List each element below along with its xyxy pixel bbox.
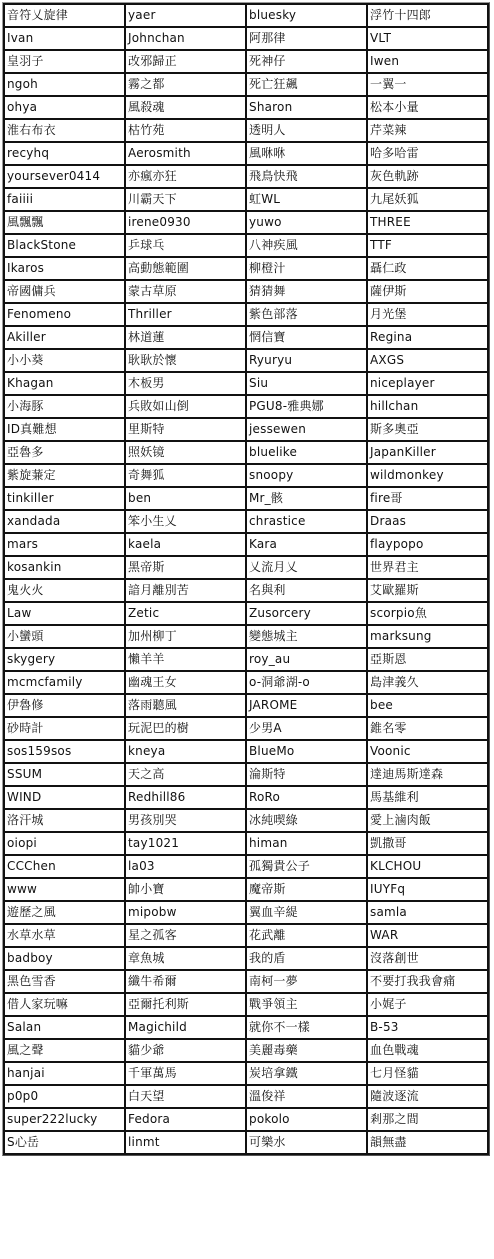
table-row: 音符乂旋律yaerbluesky浮竹十四郎 bbox=[4, 4, 488, 27]
table-cell: ben bbox=[125, 487, 246, 510]
table-row: 帝國傭兵蒙古草原猜猜舞薩伊斯 bbox=[4, 280, 488, 303]
table-cell: 落雨聽風 bbox=[125, 694, 246, 717]
table-row: 淮右布衣枯竹苑透明人芹菜辣 bbox=[4, 119, 488, 142]
table-cell: roy_au bbox=[246, 648, 367, 671]
table-cell: 美麗毒藥 bbox=[246, 1039, 367, 1062]
table-cell: marksung bbox=[367, 625, 488, 648]
table-cell: bee bbox=[367, 694, 488, 717]
table-cell: Law bbox=[4, 602, 125, 625]
table-cell: 高動態範圍 bbox=[125, 257, 246, 280]
table-cell: badboy bbox=[4, 947, 125, 970]
table-cell: VLT bbox=[367, 27, 488, 50]
table-cell: Salan bbox=[4, 1016, 125, 1039]
table-cell: linmt bbox=[125, 1131, 246, 1154]
table-row: 砂時計玩泥巴的樹少男A錐名零 bbox=[4, 717, 488, 740]
table-cell: SSUM bbox=[4, 763, 125, 786]
table-cell: Thriller bbox=[125, 303, 246, 326]
table-cell: 少男A bbox=[246, 717, 367, 740]
table-cell: AXGS bbox=[367, 349, 488, 372]
table-cell: 淪斯特 bbox=[246, 763, 367, 786]
table-cell: 柳橙汁 bbox=[246, 257, 367, 280]
table-row: WINDRedhill86RoRo馬基維利 bbox=[4, 786, 488, 809]
table-cell: tay1021 bbox=[125, 832, 246, 855]
table-row: recyhqAerosmith風咻咻哈多哈雷 bbox=[4, 142, 488, 165]
table-cell: 血色戰魂 bbox=[367, 1039, 488, 1062]
table-row: yoursever0414亦瘋亦狂飛鳥快飛灰色軌跡 bbox=[4, 165, 488, 188]
table-cell: 死神仔 bbox=[246, 50, 367, 73]
table-row: Ikaros高動態範圍柳橙汁聶仁政 bbox=[4, 257, 488, 280]
table-cell: kosankin bbox=[4, 556, 125, 579]
table-cell: mcmcfamily bbox=[4, 671, 125, 694]
table-row: 遊歷之風mipobw翼血辛緹samla bbox=[4, 901, 488, 924]
table-row: mcmcfamily幽魂王女o-洞爺湖-o島津義久 bbox=[4, 671, 488, 694]
table-row: 小小葵耿耿於懷RyuryuAXGS bbox=[4, 349, 488, 372]
table-cell: 名與利 bbox=[246, 579, 367, 602]
table-cell: 馬基維利 bbox=[367, 786, 488, 809]
table-row: 小海豚兵敗如山倒PGU8-雅典娜hillchan bbox=[4, 395, 488, 418]
table-row: Akiller林道蓮惘信寶Regina bbox=[4, 326, 488, 349]
table-cell: yoursever0414 bbox=[4, 165, 125, 188]
table-cell: 章魚城 bbox=[125, 947, 246, 970]
table-row: S心岳linmt可樂水韻無盡 bbox=[4, 1131, 488, 1154]
table-cell: RoRo bbox=[246, 786, 367, 809]
table-cell: wildmonkey bbox=[367, 464, 488, 487]
table-row: xandada笨小生乂chrasticeDraas bbox=[4, 510, 488, 533]
table-row: 亞魯多照妖镜bluelikeJapanKiller bbox=[4, 441, 488, 464]
table-cell: Fedora bbox=[125, 1108, 246, 1131]
table-cell: ohya bbox=[4, 96, 125, 119]
table-cell: IUYFq bbox=[367, 878, 488, 901]
table-row: 風之聲貓少爺美麗毒藥血色戰魂 bbox=[4, 1039, 488, 1062]
table-cell: 可樂水 bbox=[246, 1131, 367, 1154]
table-cell: 乂流月乂 bbox=[246, 556, 367, 579]
table-cell: la03 bbox=[125, 855, 246, 878]
table-cell: Zetic bbox=[125, 602, 246, 625]
table-cell: 借人家玩嘛 bbox=[4, 993, 125, 1016]
table-row: skygery懶羊羊roy_au亞斯恩 bbox=[4, 648, 488, 671]
table-cell: 錐名零 bbox=[367, 717, 488, 740]
table-cell: super222lucky bbox=[4, 1108, 125, 1131]
table-cell: 八神疾風 bbox=[246, 234, 367, 257]
table-cell: 風咻咻 bbox=[246, 142, 367, 165]
table-cell: 亞爾托利斯 bbox=[125, 993, 246, 1016]
name-table-frame: 音符乂旋律yaerbluesky浮竹十四郎IvanJohnchan阿那律VLT皇… bbox=[2, 2, 490, 1156]
table-cell: Zusorcery bbox=[246, 602, 367, 625]
table-cell: Ryuryu bbox=[246, 349, 367, 372]
table-cell: 我的盾 bbox=[246, 947, 367, 970]
table-cell: 洛汗城 bbox=[4, 809, 125, 832]
table-row: kosankin黑帝斯乂流月乂世界君主 bbox=[4, 556, 488, 579]
table-cell: 薩伊斯 bbox=[367, 280, 488, 303]
table-cell: fire哥 bbox=[367, 487, 488, 510]
table-cell: 冰純喫綠 bbox=[246, 809, 367, 832]
table-cell: Ikaros bbox=[4, 257, 125, 280]
table-cell: Redhill86 bbox=[125, 786, 246, 809]
table-cell: 小海豚 bbox=[4, 395, 125, 418]
name-table: 音符乂旋律yaerbluesky浮竹十四郎IvanJohnchan阿那律VLT皇… bbox=[3, 3, 489, 1155]
table-cell: Johnchan bbox=[125, 27, 246, 50]
table-cell: recyhq bbox=[4, 142, 125, 165]
table-cell: flaypopo bbox=[367, 533, 488, 556]
table-cell: 里斯特 bbox=[125, 418, 246, 441]
table-cell: 亞斯恩 bbox=[367, 648, 488, 671]
table-cell: 帥小寶 bbox=[125, 878, 246, 901]
table-cell: 紫色部落 bbox=[246, 303, 367, 326]
table-cell: 虹WL bbox=[246, 188, 367, 211]
table-cell: o-洞爺湖-o bbox=[246, 671, 367, 694]
table-cell: 七月怪貓 bbox=[367, 1062, 488, 1085]
table-cell: 風殺魂 bbox=[125, 96, 246, 119]
table-cell: TTF bbox=[367, 234, 488, 257]
table-cell: BlueMo bbox=[246, 740, 367, 763]
table-cell: 不要打我我會痛 bbox=[367, 970, 488, 993]
table-cell: 艾歐羅斯 bbox=[367, 579, 488, 602]
table-cell: skygery bbox=[4, 648, 125, 671]
table-cell: Voonic bbox=[367, 740, 488, 763]
table-row: 皇羽子改邪歸正死神仔Iwen bbox=[4, 50, 488, 73]
table-row: ngoh霧之都死亡狂飆一翼一 bbox=[4, 73, 488, 96]
table-row: p0p0白天望溫俊祥隨波逐流 bbox=[4, 1085, 488, 1108]
table-cell: 帝國傭兵 bbox=[4, 280, 125, 303]
table-cell: 伊魯修 bbox=[4, 694, 125, 717]
table-row: SSUM天之高淪斯特達迪馬斯達森 bbox=[4, 763, 488, 786]
table-cell: kaela bbox=[125, 533, 246, 556]
table-row: 借人家玩嘛亞爾托利斯戰爭領主小娓子 bbox=[4, 993, 488, 1016]
table-cell: samla bbox=[367, 901, 488, 924]
table-cell: JapanKiller bbox=[367, 441, 488, 464]
table-cell: 奇舞狐 bbox=[125, 464, 246, 487]
table-cell: mars bbox=[4, 533, 125, 556]
table-cell: 小娓子 bbox=[367, 993, 488, 1016]
table-cell: 白天望 bbox=[125, 1085, 246, 1108]
table-cell: 川霸天下 bbox=[125, 188, 246, 211]
table-row: oiopitay1021himan凱撒哥 bbox=[4, 832, 488, 855]
table-row: marskaelaKaraflaypopo bbox=[4, 533, 488, 556]
table-cell: xandada bbox=[4, 510, 125, 533]
table-cell: B-53 bbox=[367, 1016, 488, 1039]
table-row: CCChenla03孤獨貴公子KLCHOU bbox=[4, 855, 488, 878]
table-cell: Fenomeno bbox=[4, 303, 125, 326]
table-cell: 變態城主 bbox=[246, 625, 367, 648]
table-cell: 黑色雪香 bbox=[4, 970, 125, 993]
table-cell: Sharon bbox=[246, 96, 367, 119]
table-cell: p0p0 bbox=[4, 1085, 125, 1108]
table-cell: THREE bbox=[367, 211, 488, 234]
table-cell: 南柯一夢 bbox=[246, 970, 367, 993]
table-row: faiiii川霸天下虹WL九尾妖狐 bbox=[4, 188, 488, 211]
table-row: Khagan木板男Siuniceplayer bbox=[4, 372, 488, 395]
table-cell: 一翼一 bbox=[367, 73, 488, 96]
table-cell: chrastice bbox=[246, 510, 367, 533]
table-cell: 小小葵 bbox=[4, 349, 125, 372]
table-cell: 木板男 bbox=[125, 372, 246, 395]
table-cell: 月光堡 bbox=[367, 303, 488, 326]
table-row: 風飄飄irene0930yuwoTHREE bbox=[4, 211, 488, 234]
table-cell: 死亡狂飆 bbox=[246, 73, 367, 96]
table-row: sos159soskneyaBlueMoVoonic bbox=[4, 740, 488, 763]
table-cell: ngoh bbox=[4, 73, 125, 96]
table-row: 鬼火火諳月離別苦名與利艾歐羅斯 bbox=[4, 579, 488, 602]
table-cell: bluelike bbox=[246, 441, 367, 464]
table-cell: 亦瘋亦狂 bbox=[125, 165, 246, 188]
table-cell: CCChen bbox=[4, 855, 125, 878]
table-row: 紫旋蒹定奇舞狐snoopywildmonkey bbox=[4, 464, 488, 487]
table-row: 水草水草星之孤客花武離WAR bbox=[4, 924, 488, 947]
table-cell: 枯竹苑 bbox=[125, 119, 246, 142]
table-cell: 亞魯多 bbox=[4, 441, 125, 464]
table-cell: 懶羊羊 bbox=[125, 648, 246, 671]
table-cell: 透明人 bbox=[246, 119, 367, 142]
table-cell: 淮右布衣 bbox=[4, 119, 125, 142]
table-cell: 遊歷之風 bbox=[4, 901, 125, 924]
table-cell: 凱撒哥 bbox=[367, 832, 488, 855]
table-cell: Siu bbox=[246, 372, 367, 395]
table-row: ohya風殺魂Sharon松本小量 bbox=[4, 96, 488, 119]
table-cell: 照妖镜 bbox=[125, 441, 246, 464]
table-cell: 纖牛希爾 bbox=[125, 970, 246, 993]
table-cell: Kara bbox=[246, 533, 367, 556]
table-cell: WAR bbox=[367, 924, 488, 947]
table-cell: snoopy bbox=[246, 464, 367, 487]
table-row: super222luckyFedorapokolo剎那之間 bbox=[4, 1108, 488, 1131]
name-table-body: 音符乂旋律yaerbluesky浮竹十四郎IvanJohnchan阿那律VLT皇… bbox=[4, 4, 488, 1154]
table-cell: 小蠻頭 bbox=[4, 625, 125, 648]
table-cell: Khagan bbox=[4, 372, 125, 395]
table-cell: 隨波逐流 bbox=[367, 1085, 488, 1108]
table-row: SalanMagichild就你不一樣B-53 bbox=[4, 1016, 488, 1039]
table-cell: 幽魂王女 bbox=[125, 671, 246, 694]
table-cell: 飛鳥快飛 bbox=[246, 165, 367, 188]
table-cell: mipobw bbox=[125, 901, 246, 924]
table-cell: 皇羽子 bbox=[4, 50, 125, 73]
table-row: www帥小寶魔帝斯IUYFq bbox=[4, 878, 488, 901]
table-cell: 砂時計 bbox=[4, 717, 125, 740]
table-cell: 諳月離別苦 bbox=[125, 579, 246, 602]
table-cell: 聶仁政 bbox=[367, 257, 488, 280]
table-cell: hanjai bbox=[4, 1062, 125, 1085]
table-cell: Akiller bbox=[4, 326, 125, 349]
table-row: hanjai千軍萬馬炭培拿鐵七月怪貓 bbox=[4, 1062, 488, 1085]
table-cell: 惘信寶 bbox=[246, 326, 367, 349]
table-cell: scorpio魚 bbox=[367, 602, 488, 625]
table-row: ID真難想里斯特jessewen斯多奧亞 bbox=[4, 418, 488, 441]
table-cell: 林道蓮 bbox=[125, 326, 246, 349]
table-cell: S心岳 bbox=[4, 1131, 125, 1154]
table-cell: 魔帝斯 bbox=[246, 878, 367, 901]
table-cell: 炭培拿鐵 bbox=[246, 1062, 367, 1085]
table-cell: JAROME bbox=[246, 694, 367, 717]
table-cell: 愛上滷肉飯 bbox=[367, 809, 488, 832]
table-cell: 九尾妖狐 bbox=[367, 188, 488, 211]
table-cell: 花武離 bbox=[246, 924, 367, 947]
table-cell: 男孩別哭 bbox=[125, 809, 246, 832]
table-cell: oiopi bbox=[4, 832, 125, 855]
table-cell: 猜猜舞 bbox=[246, 280, 367, 303]
table-cell: 戰爭領主 bbox=[246, 993, 367, 1016]
table-cell: Iwen bbox=[367, 50, 488, 73]
table-cell: himan bbox=[246, 832, 367, 855]
table-cell: 天之高 bbox=[125, 763, 246, 786]
table-row: LawZeticZusorceryscorpio魚 bbox=[4, 602, 488, 625]
table-row: BlackStone乒球乓八神疾風TTF bbox=[4, 234, 488, 257]
table-cell: 耿耿於懷 bbox=[125, 349, 246, 372]
table-cell: Draas bbox=[367, 510, 488, 533]
table-cell: faiiii bbox=[4, 188, 125, 211]
table-cell: BlackStone bbox=[4, 234, 125, 257]
table-cell: Magichild bbox=[125, 1016, 246, 1039]
table-cell: ID真難想 bbox=[4, 418, 125, 441]
table-cell: www bbox=[4, 878, 125, 901]
table-cell: 哈多哈雷 bbox=[367, 142, 488, 165]
table-cell: 達迪馬斯達森 bbox=[367, 763, 488, 786]
table-cell: 千軍萬馬 bbox=[125, 1062, 246, 1085]
table-cell: 風飄飄 bbox=[4, 211, 125, 234]
table-cell: tinkiller bbox=[4, 487, 125, 510]
table-cell: 音符乂旋律 bbox=[4, 4, 125, 27]
table-row: 洛汗城男孩別哭冰純喫綠愛上滷肉飯 bbox=[4, 809, 488, 832]
table-cell: bluesky bbox=[246, 4, 367, 27]
table-cell: 灰色軌跡 bbox=[367, 165, 488, 188]
table-row: 小蠻頭加州柳丁變態城主marksung bbox=[4, 625, 488, 648]
table-cell: WIND bbox=[4, 786, 125, 809]
table-cell: sos159sos bbox=[4, 740, 125, 763]
table-row: tinkillerbenMr_骸fire哥 bbox=[4, 487, 488, 510]
table-cell: 世界君主 bbox=[367, 556, 488, 579]
table-cell: 紫旋蒹定 bbox=[4, 464, 125, 487]
table-cell: 溫俊祥 bbox=[246, 1085, 367, 1108]
table-cell: 兵敗如山倒 bbox=[125, 395, 246, 418]
table-row: badboy章魚城我的盾沒落創世 bbox=[4, 947, 488, 970]
table-cell: 乒球乓 bbox=[125, 234, 246, 257]
table-cell: jessewen bbox=[246, 418, 367, 441]
table-cell: 玩泥巴的樹 bbox=[125, 717, 246, 740]
table-row: FenomenoThriller紫色部落月光堡 bbox=[4, 303, 488, 326]
table-cell: 蒙古草原 bbox=[125, 280, 246, 303]
table-cell: 鬼火火 bbox=[4, 579, 125, 602]
table-cell: kneya bbox=[125, 740, 246, 763]
table-cell: 翼血辛緹 bbox=[246, 901, 367, 924]
table-cell: 浮竹十四郎 bbox=[367, 4, 488, 27]
table-cell: 剎那之間 bbox=[367, 1108, 488, 1131]
table-cell: yaer bbox=[125, 4, 246, 27]
table-cell: 阿那律 bbox=[246, 27, 367, 50]
table-cell: 貓少爺 bbox=[125, 1039, 246, 1062]
table-cell: 韻無盡 bbox=[367, 1131, 488, 1154]
table-cell: 改邪歸正 bbox=[125, 50, 246, 73]
table-cell: 黑帝斯 bbox=[125, 556, 246, 579]
table-cell: 島津義久 bbox=[367, 671, 488, 694]
table-row: IvanJohnchan阿那律VLT bbox=[4, 27, 488, 50]
table-cell: 芹菜辣 bbox=[367, 119, 488, 142]
table-cell: pokolo bbox=[246, 1108, 367, 1131]
table-cell: 孤獨貴公子 bbox=[246, 855, 367, 878]
table-cell: 就你不一樣 bbox=[246, 1016, 367, 1039]
table-cell: 霧之都 bbox=[125, 73, 246, 96]
table-row: 黑色雪香纖牛希爾南柯一夢不要打我我會痛 bbox=[4, 970, 488, 993]
table-cell: 沒落創世 bbox=[367, 947, 488, 970]
table-cell: 加州柳丁 bbox=[125, 625, 246, 648]
table-cell: KLCHOU bbox=[367, 855, 488, 878]
table-cell: 斯多奧亞 bbox=[367, 418, 488, 441]
table-cell: irene0930 bbox=[125, 211, 246, 234]
table-cell: Ivan bbox=[4, 27, 125, 50]
table-cell: Mr_骸 bbox=[246, 487, 367, 510]
table-cell: 松本小量 bbox=[367, 96, 488, 119]
table-row: 伊魯修落雨聽風JAROMEbee bbox=[4, 694, 488, 717]
table-cell: 水草水草 bbox=[4, 924, 125, 947]
table-cell: 風之聲 bbox=[4, 1039, 125, 1062]
table-cell: hillchan bbox=[367, 395, 488, 418]
table-cell: yuwo bbox=[246, 211, 367, 234]
table-cell: PGU8-雅典娜 bbox=[246, 395, 367, 418]
table-cell: 星之孤客 bbox=[125, 924, 246, 947]
table-cell: 笨小生乂 bbox=[125, 510, 246, 533]
table-cell: Regina bbox=[367, 326, 488, 349]
table-cell: niceplayer bbox=[367, 372, 488, 395]
table-cell: Aerosmith bbox=[125, 142, 246, 165]
